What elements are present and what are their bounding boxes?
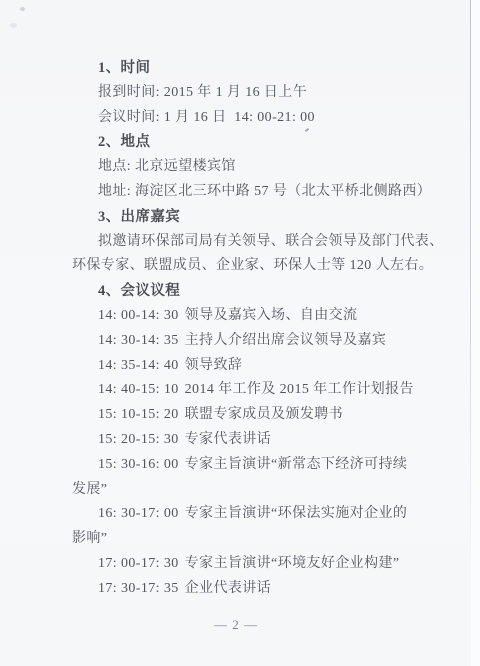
section-heading-location: 2、地点 xyxy=(98,130,456,155)
document-body: 1、时间 报到时间: 2015 年 1 月 16 日上午 会议时间: 1 月 1… xyxy=(0,0,480,602)
agenda-item: 15: 10-15: 20联盟专家成员及颁发聘书 xyxy=(98,403,456,428)
agenda-time: 16: 30-17: 00 xyxy=(98,506,179,521)
agenda-title: 领导致辞 xyxy=(185,358,243,373)
agenda-title: 联盟专家成员及颁发聘书 xyxy=(185,407,343,422)
scanned-document-page: 1、时间 报到时间: 2015 年 1 月 16 日上午 会议时间: 1 月 1… xyxy=(0,0,480,666)
section-heading-guests: 3、出席嘉宾 xyxy=(98,205,456,230)
agenda-time: 14: 00-14: 30 xyxy=(98,308,179,323)
agenda-title: 专家主旨演讲“环保法实施对企业的 xyxy=(185,506,408,521)
agenda-item: 14: 00-14: 30领导及嘉宾入场、自由交流 xyxy=(98,304,456,329)
agenda-item: 14: 40-15: 102014 年工作及 2015 年工作计划报告 xyxy=(98,378,456,403)
address-line: 地址: 海淀区北三环中路 57 号（北太平桥北侧路西） xyxy=(98,180,456,205)
agenda-item: 14: 35-14: 40领导致辞 xyxy=(98,354,456,379)
page-number: — 2 — xyxy=(0,617,476,633)
section-heading-agenda: 4、会议议程 xyxy=(98,279,456,304)
agenda-item: 16: 30-17: 00专家主旨演讲“环保法实施对企业的 xyxy=(98,502,456,527)
agenda-title: 专家主旨演讲“新常态下经济可持续 xyxy=(185,457,408,472)
agenda-item: 17: 00-17: 30专家主旨演讲“环境友好企业构建” xyxy=(98,552,456,577)
agenda-time: 14: 30-14: 35 xyxy=(98,333,179,348)
agenda-title: 主持人介绍出席会议领导及嘉宾 xyxy=(185,333,387,348)
agenda-title-continuation: 发展” xyxy=(72,478,456,503)
checkin-time-line: 报到时间: 2015 年 1 月 16 日上午 xyxy=(98,81,456,106)
agenda-item: 15: 30-16: 00专家主旨演讲“新常态下经济可持续 xyxy=(98,453,456,478)
agenda-title: 2014 年工作及 2015 年工作计划报告 xyxy=(185,382,414,397)
section-heading-time: 1、时间 xyxy=(98,56,456,81)
venue-line: 地点: 北京远望楼宾馆 xyxy=(98,155,456,180)
agenda-item: 15: 20-15: 30专家代表讲话 xyxy=(98,428,456,453)
agenda-title: 专家主旨演讲“环境友好企业构建” xyxy=(185,556,400,571)
guests-paragraph-line-2: 环保专家、联盟成员、企业家、环保人士等 120 人左右。 xyxy=(72,254,456,279)
agenda-title: 领导及嘉宾入场、自由交流 xyxy=(185,308,358,323)
agenda-item: 14: 30-14: 35主持人介绍出席会议领导及嘉宾 xyxy=(98,329,456,354)
agenda-time: 14: 40-15: 10 xyxy=(98,382,179,397)
agenda-time: 15: 10-15: 20 xyxy=(98,407,179,422)
agenda-time: 15: 20-15: 30 xyxy=(98,432,179,447)
agenda-time: 15: 30-16: 00 xyxy=(98,457,179,472)
agenda-time: 17: 30-17: 35 xyxy=(98,581,179,596)
agenda-title: 企业代表讲话 xyxy=(185,581,271,596)
agenda-title-continuation: 影响” xyxy=(72,527,456,552)
agenda-item: 17: 30-17: 35企业代表讲话 xyxy=(98,577,456,602)
meeting-time-line: 会议时间: 1 月 16 日 14: 00-21: 00 xyxy=(98,106,456,131)
agenda-time: 14: 35-14: 40 xyxy=(98,358,179,373)
agenda-title: 专家代表讲话 xyxy=(185,432,271,447)
agenda-time: 17: 00-17: 30 xyxy=(98,556,179,571)
guests-paragraph-line-1: 拟邀请环保部司局有关领导、联合会领导及部门代表、 xyxy=(98,230,456,255)
